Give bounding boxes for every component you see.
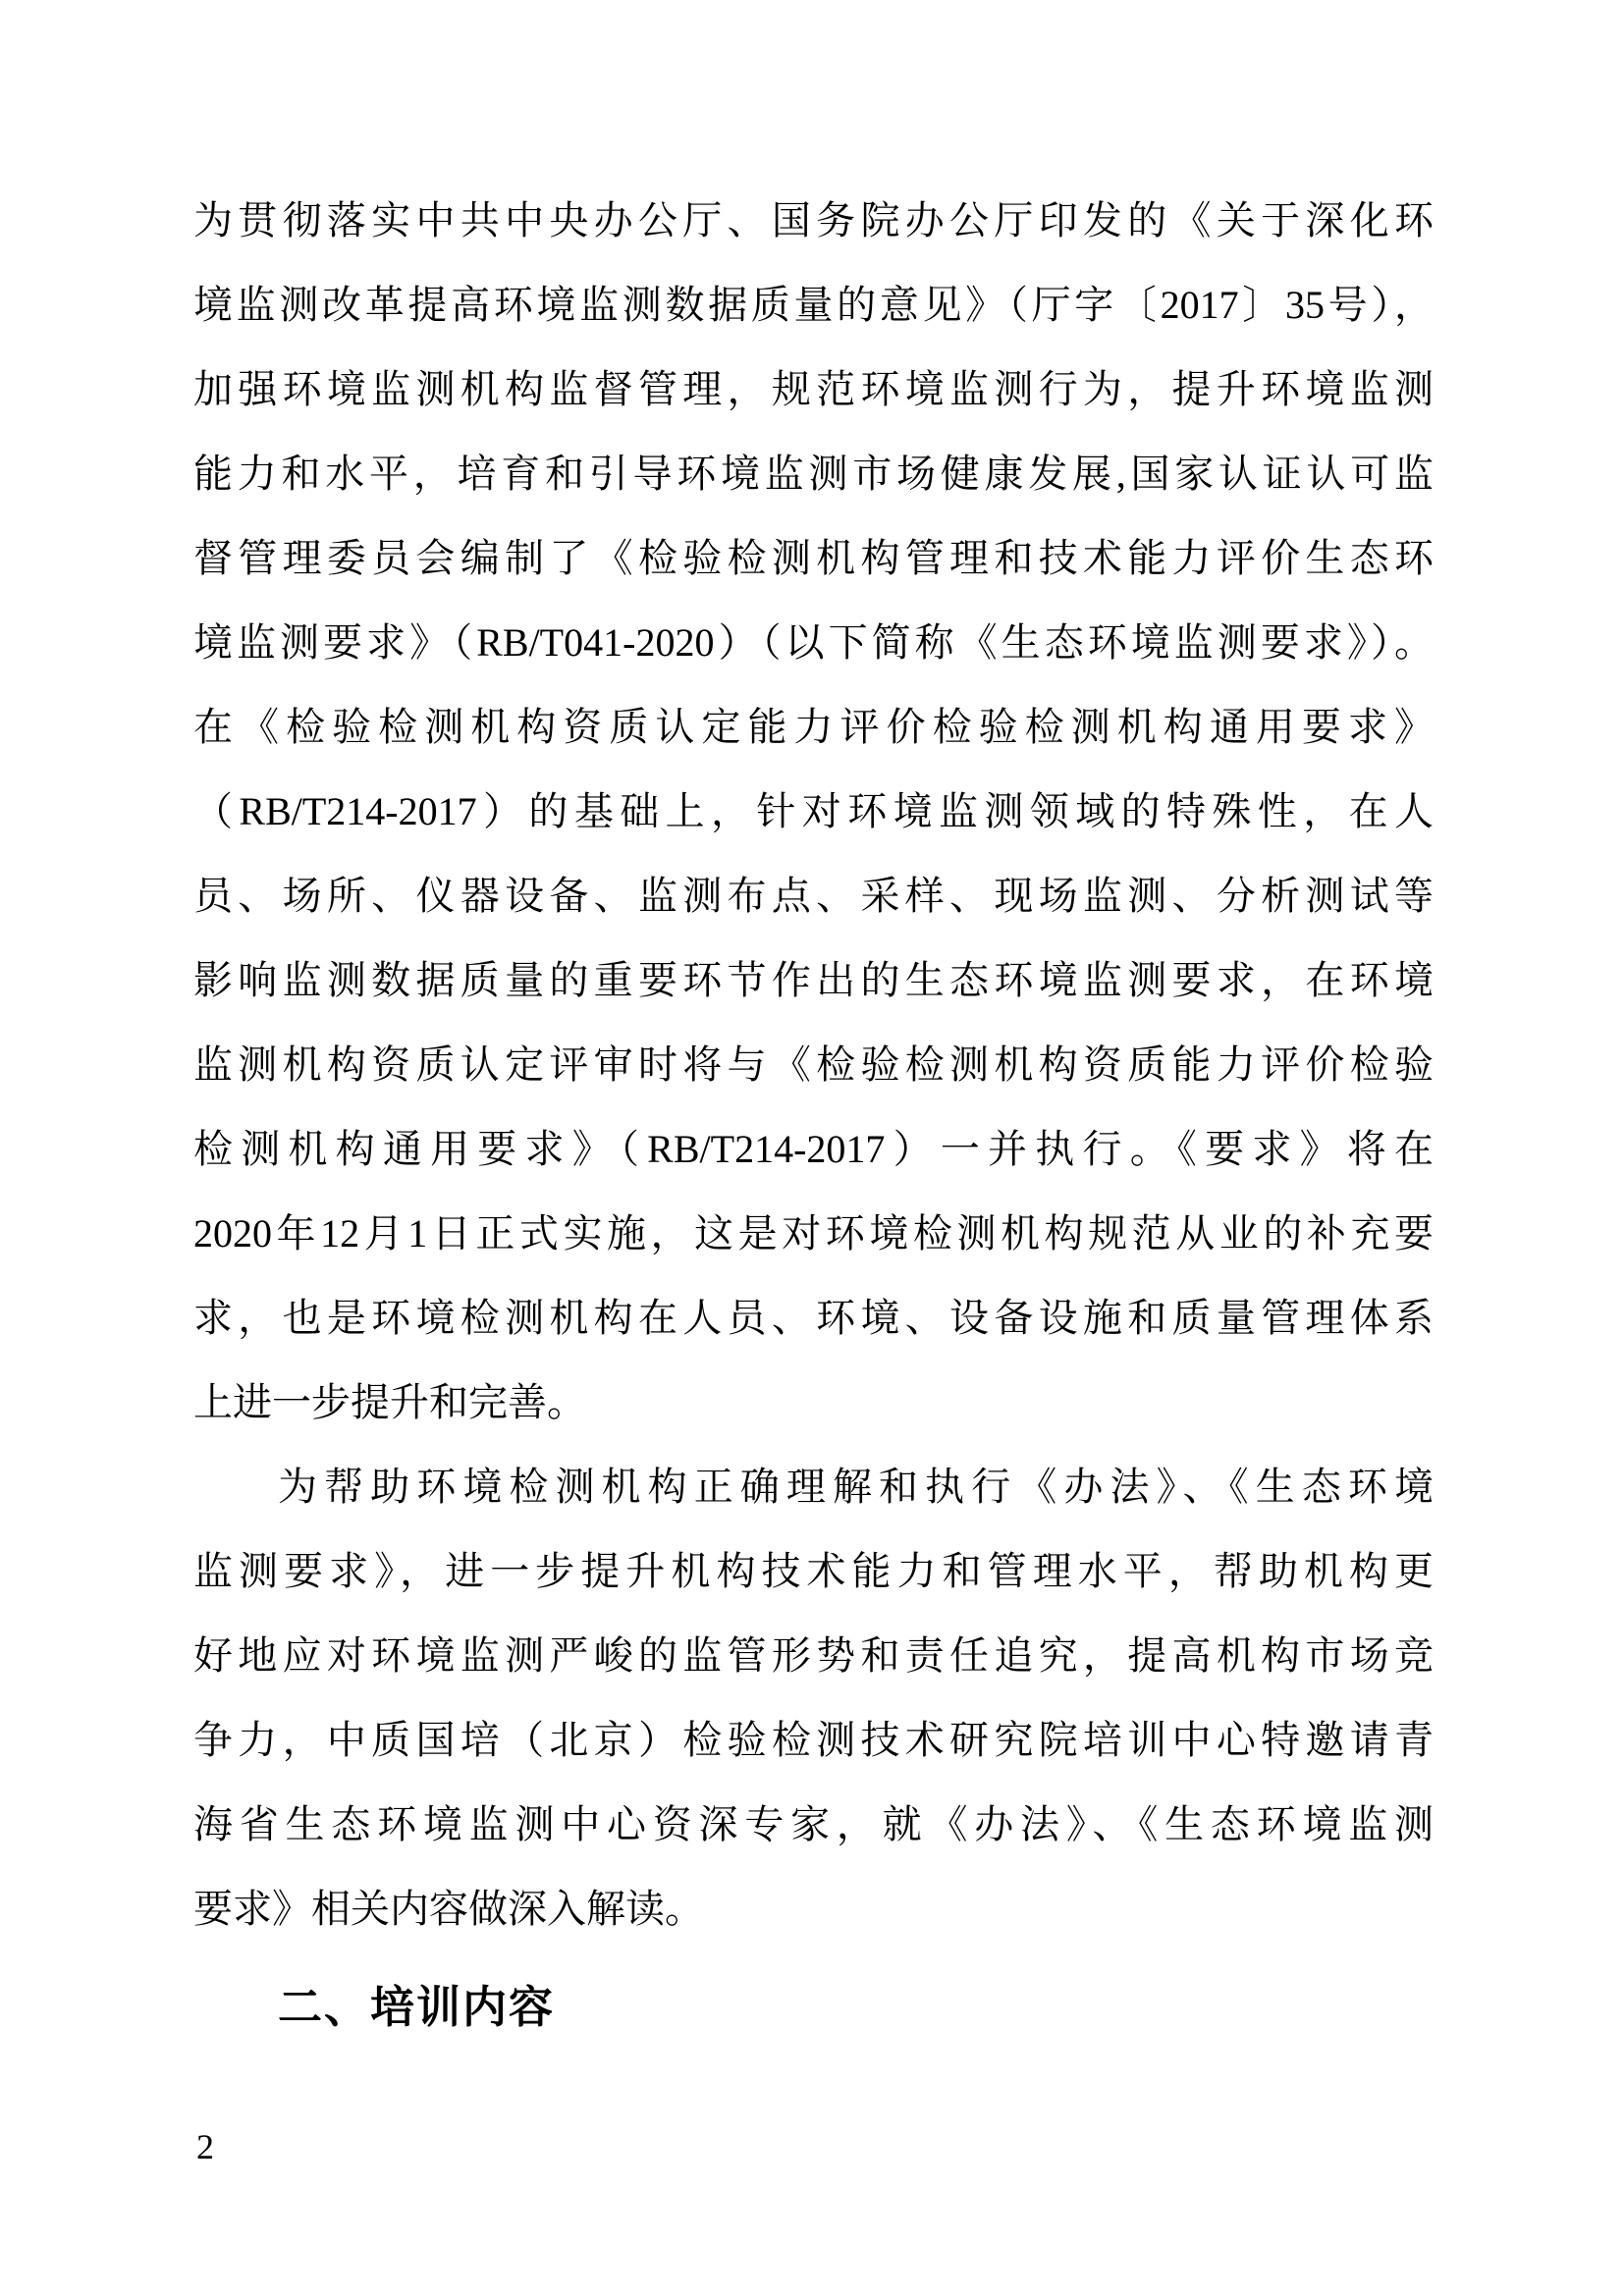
text-line: 2020年12月1日正式实施，这是对环境检测机构规范从业的补充要 (193, 1192, 1434, 1276)
text-line: 求，也是环境检测机构在人员、环境、设备设施和质量管理体系 (193, 1276, 1434, 1361)
page-number: 2 (196, 2125, 214, 2168)
text-line: 在《检验检测机构资质认定能力评价检验检测机构通用要求》 (193, 685, 1434, 770)
text-line: 督管理委员会编制了《检验检测机构管理和技术能力评价生态环 (193, 516, 1434, 601)
text-line: 监测要求》，进一步提升机构技术能力和管理水平，帮助机构更 (193, 1529, 1434, 1614)
text-line: 为贯彻落实中共中央办公厅、国务院办公厅印发的《关于深化环 (193, 179, 1434, 263)
text-line: 好地应对环境监测严峻的监管形势和责任追究，提高机构市场竞 (193, 1614, 1434, 1698)
text-line: 境监测改革提高环境监测数据质量的意见》（厅字〔2017〕35号）， (193, 263, 1434, 347)
text-line: 加强环境监测机构监督管理，规范环境监测行为，提升环境监测 (193, 347, 1434, 432)
text-line: 上进一步提升和完善。 (193, 1361, 1434, 1445)
text-line: 争力，中质国培（北京）检验检测技术研究院培训中心特邀请青 (193, 1698, 1434, 1783)
text-line: 能力和水平，培育和引导环境监测市场健康发展,国家认证认可监 (193, 432, 1434, 516)
text-line: 影响监测数据质量的重要环节作出的生态环境监测要求，在环境 (193, 938, 1434, 1023)
text-line: （RB/T214-2017）的基础上，针对环境监测领域的特殊性，在人 (193, 770, 1434, 854)
text-line: 监测机构资质认定评审时将与《检验检测机构资质能力评价检验 (193, 1023, 1434, 1107)
text-line: 境监测要求》（RB/T041-2020）（以下简称《生态环境监测要求》）。 (193, 601, 1434, 685)
section-heading: 二、培训内容 (193, 1965, 1434, 2050)
text-line: 为帮助环境检测机构正确理解和执行《办法》、《生态环境 (193, 1445, 1434, 1529)
document-page: 为贯彻落实中共中央办公厅、国务院办公厅印发的《关于深化环 境监测改革提高环境监测… (0, 0, 1624, 2296)
text-line: 员、场所、仪器设备、监测布点、采样、现场监测、分析测试等 (193, 854, 1434, 938)
body-text: 为贯彻落实中共中央办公厅、国务院办公厅印发的《关于深化环 境监测改革提高环境监测… (193, 179, 1434, 2050)
text-line: 检测机构通用要求》（RB/T214-2017）一并执行。《要求》将在 (193, 1107, 1434, 1192)
text-line: 要求》相关内容做深入解读。 (193, 1867, 1434, 1951)
text-line: 海省生态环境监测中心资深专家，就《办法》、《生态环境监测 (193, 1783, 1434, 1867)
